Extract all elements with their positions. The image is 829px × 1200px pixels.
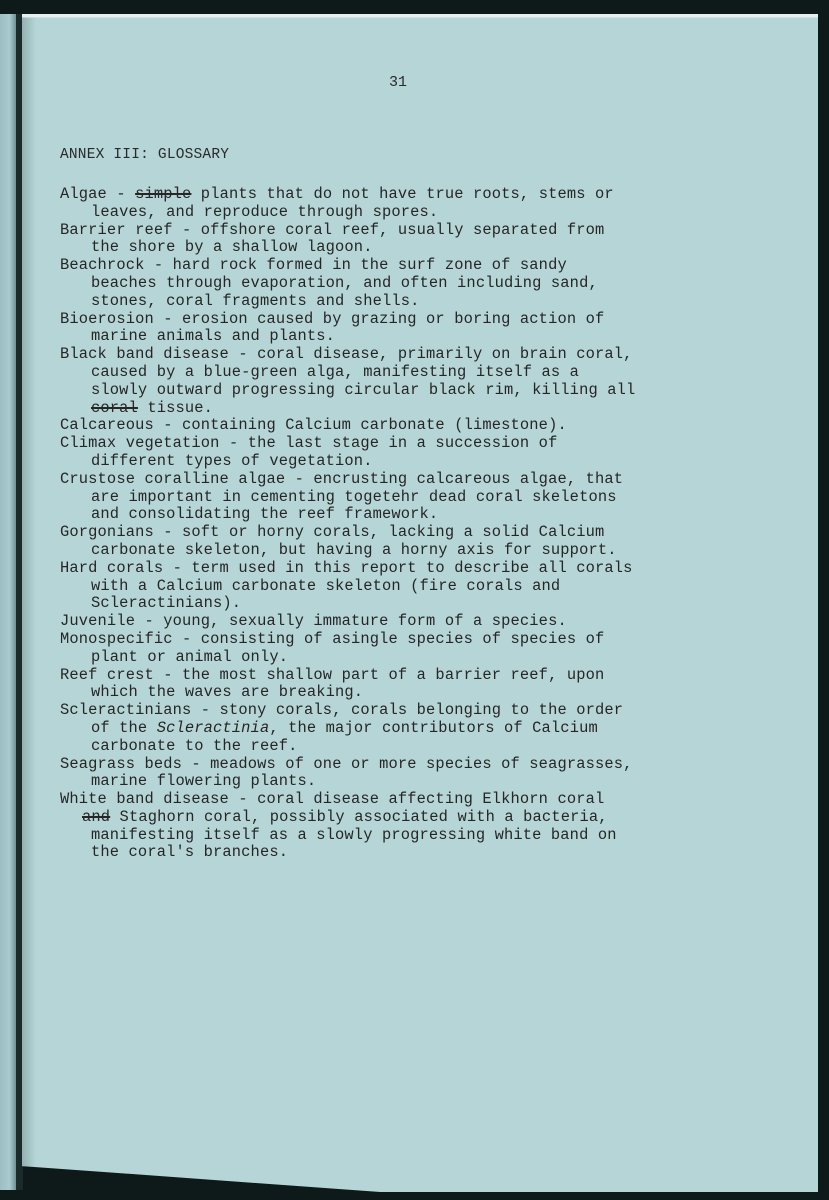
- glossary-entry-climax-vegetation: Climax vegetation - the last stage in a …: [60, 435, 780, 471]
- page-number: 31: [0, 74, 796, 91]
- glossary-term-line: Reef crest - the most shallow part of a …: [60, 667, 780, 685]
- glossary-definition-line: different types of vegetation.: [60, 453, 780, 471]
- glossary-definition-line: and Staghorn coral, possibly associated …: [60, 809, 780, 827]
- facing-page-edge: [0, 14, 16, 1190]
- text-segment: Juvenile - young, sexually immature form…: [60, 612, 567, 630]
- glossary-term-line: Calcareous - containing Calcium carbonat…: [60, 417, 780, 435]
- text-segment: the shore by a shallow lagoon.: [91, 238, 373, 256]
- glossary-definition-line: carbonate skeleton, but having a horny a…: [60, 542, 780, 560]
- glossary-term-line: Hard corals - term used in this report t…: [60, 560, 780, 578]
- text-segment: Staghorn coral, possibly associated with…: [110, 808, 607, 826]
- text-segment: Gorgonians - soft or horny corals, lacki…: [60, 523, 604, 541]
- italic-text: Scleractinia: [157, 719, 270, 737]
- glossary-definition-line: plant or animal only.: [60, 649, 780, 667]
- glossary-entry-gorgonians: Gorgonians - soft or horny corals, lacki…: [60, 524, 780, 560]
- text-segment: White band disease - coral disease affec…: [60, 790, 604, 808]
- glossary-term-line: White band disease - coral disease affec…: [60, 791, 780, 809]
- text-segment: Hard corals - term used in this report t…: [60, 559, 633, 577]
- glossary-definition-line: slowly outward progressing circular blac…: [60, 382, 780, 400]
- glossary-term-line: Black band disease - coral disease, prim…: [60, 346, 780, 364]
- glossary-definition-line: stones, coral fragments and shells.: [60, 293, 780, 311]
- text-segment: Scleractinians - stony corals, corals be…: [60, 701, 623, 719]
- struck-text: simple: [135, 185, 191, 203]
- glossary-entry-hard-corals: Hard corals - term used in this report t…: [60, 560, 780, 613]
- book-gutter: [16, 14, 23, 1190]
- text-segment: which the waves are breaking.: [91, 683, 363, 701]
- glossary-entry-scleractinians: Scleractinians - stony corals, corals be…: [60, 702, 780, 755]
- glossary-term-line: Climax vegetation - the last stage in a …: [60, 435, 780, 453]
- glossary-definition-line: of the Scleractinia, the major contribut…: [60, 720, 780, 738]
- text-segment: manifesting itself as a slowly progressi…: [91, 826, 617, 844]
- text-segment: Scleractinians).: [91, 594, 241, 612]
- text-segment: Monospecific - consisting of asingle spe…: [60, 630, 604, 648]
- glossary-term-line: Monospecific - consisting of asingle spe…: [60, 631, 780, 649]
- glossary-definition-line: the coral's branches.: [60, 844, 780, 862]
- glossary-definition-line: which the waves are breaking.: [60, 684, 780, 702]
- glossary-definition-line: marine flowering plants.: [60, 773, 780, 791]
- glossary-entry-black-band-disease: Black band disease - coral disease, prim…: [60, 346, 780, 417]
- glossary-entry-seagrass-beds: Seagrass beds - meadows of one or more s…: [60, 756, 780, 792]
- text-segment: Beachrock - hard rock formed in the surf…: [60, 256, 567, 274]
- text-segment: Climax vegetation - the last stage in a …: [60, 434, 557, 452]
- glossary-definition-line: Scleractinians).: [60, 595, 780, 613]
- glossary-entry-barrier-reef: Barrier reef - offshore coral reef, usua…: [60, 222, 780, 258]
- text-segment: carbonate skeleton, but having a horny a…: [91, 541, 617, 559]
- glossary-term-line: Barrier reef - offshore coral reef, usua…: [60, 222, 780, 240]
- text-segment: Seagrass beds - meadows of one or more s…: [60, 755, 633, 773]
- glossary-term-line: Bioerosion - erosion caused by grazing o…: [60, 311, 780, 329]
- text-segment: marine animals and plants.: [91, 327, 335, 345]
- glossary-entry-calcareous: Calcareous - containing Calcium carbonat…: [60, 417, 780, 435]
- text-segment: Barrier reef - offshore coral reef, usua…: [60, 221, 604, 239]
- glossary-definition-line: beaches through evaporation, and often i…: [60, 275, 780, 293]
- text-segment: are important in cementing togetehr dead…: [91, 488, 617, 506]
- glossary-definition-line: manifesting itself as a slowly progressi…: [60, 827, 780, 845]
- text-segment: beaches through evaporation, and often i…: [91, 274, 598, 292]
- text-segment: Algae -: [60, 185, 135, 203]
- text-segment: plants that do not have true roots, stem…: [191, 185, 613, 203]
- glossary-definition-line: caused by a blue-green alga, manifesting…: [60, 364, 780, 382]
- glossary-term-line: Scleractinians - stony corals, corals be…: [60, 702, 780, 720]
- text-segment: tissue.: [138, 399, 213, 417]
- text-segment: with a Calcium carbonate skeleton (fire …: [91, 577, 560, 595]
- glossary-term-line: Beachrock - hard rock formed in the surf…: [60, 257, 780, 275]
- text-segment: Black band disease - coral disease, prim…: [60, 345, 633, 363]
- glossary-definition-line: are important in cementing togetehr dead…: [60, 489, 780, 507]
- document-page: 31 ANNEX III: GLOSSARY Algae - simple pl…: [22, 14, 818, 1192]
- glossary-definition-line: and consolidating the reef framework.: [60, 506, 780, 524]
- glossary-entry-white-band-disease: White band disease - coral disease affec…: [60, 791, 780, 862]
- annex-title: ANNEX III: GLOSSARY: [60, 147, 229, 163]
- text-segment: Bioerosion - erosion caused by grazing o…: [60, 310, 604, 328]
- glossary-term-line: Gorgonians - soft or horny corals, lacki…: [60, 524, 780, 542]
- text-segment: and consolidating the reef framework.: [91, 505, 438, 523]
- text-segment: the coral's branches.: [91, 843, 288, 861]
- glossary-entry-monospecific: Monospecific - consisting of asingle spe…: [60, 631, 780, 667]
- glossary-entry-juvenile: Juvenile - young, sexually immature form…: [60, 613, 780, 631]
- glossary-definition-line: carbonate to the reef.: [60, 738, 780, 756]
- glossary-entry-beachrock: Beachrock - hard rock formed in the surf…: [60, 257, 780, 310]
- text-segment: carbonate to the reef.: [91, 737, 298, 755]
- glossary-entry-algae: Algae - simple plants that do not have t…: [60, 186, 780, 222]
- text-segment: Calcareous - containing Calcium carbonat…: [60, 416, 567, 434]
- glossary-term-line: Algae - simple plants that do not have t…: [60, 186, 780, 204]
- struck-text: and: [82, 808, 110, 826]
- text-segment: different types of vegetation.: [91, 452, 373, 470]
- glossary-entry-bioerosion: Bioerosion - erosion caused by grazing o…: [60, 311, 780, 347]
- glossary-entry-crustose-coralline-algae: Crustose coralline algae - encrusting ca…: [60, 471, 780, 524]
- struck-text: coral: [91, 399, 138, 417]
- text-segment: of the: [91, 719, 157, 737]
- text-segment: plant or animal only.: [91, 648, 288, 666]
- glossary-definition-line: leaves, and reproduce through spores.: [60, 204, 780, 222]
- glossary-term-line: Juvenile - young, sexually immature form…: [60, 613, 780, 631]
- text-segment: Reef crest - the most shallow part of a …: [60, 666, 604, 684]
- text-segment: Crustose coralline algae - encrusting ca…: [60, 470, 623, 488]
- glossary-term-line: Crustose coralline algae - encrusting ca…: [60, 471, 780, 489]
- glossary-definition-line: with a Calcium carbonate skeleton (fire …: [60, 578, 780, 596]
- glossary-definition-line: the shore by a shallow lagoon.: [60, 239, 780, 257]
- text-segment: slowly outward progressing circular blac…: [91, 381, 635, 399]
- glossary-term-line: Seagrass beds - meadows of one or more s…: [60, 756, 780, 774]
- glossary-definition-line: marine animals and plants.: [60, 328, 780, 346]
- text-segment: leaves, and reproduce through spores.: [91, 203, 438, 221]
- text-segment: stones, coral fragments and shells.: [91, 292, 420, 310]
- glossary-entry-reef-crest: Reef crest - the most shallow part of a …: [60, 667, 780, 703]
- text-segment: marine flowering plants.: [91, 772, 316, 790]
- text-segment: caused by a blue-green alga, manifesting…: [91, 363, 579, 381]
- glossary-definition-line: coral tissue.: [60, 400, 780, 418]
- text-segment: , the major contributors of Calcium: [269, 719, 598, 737]
- glossary-list: Algae - simple plants that do not have t…: [60, 186, 780, 862]
